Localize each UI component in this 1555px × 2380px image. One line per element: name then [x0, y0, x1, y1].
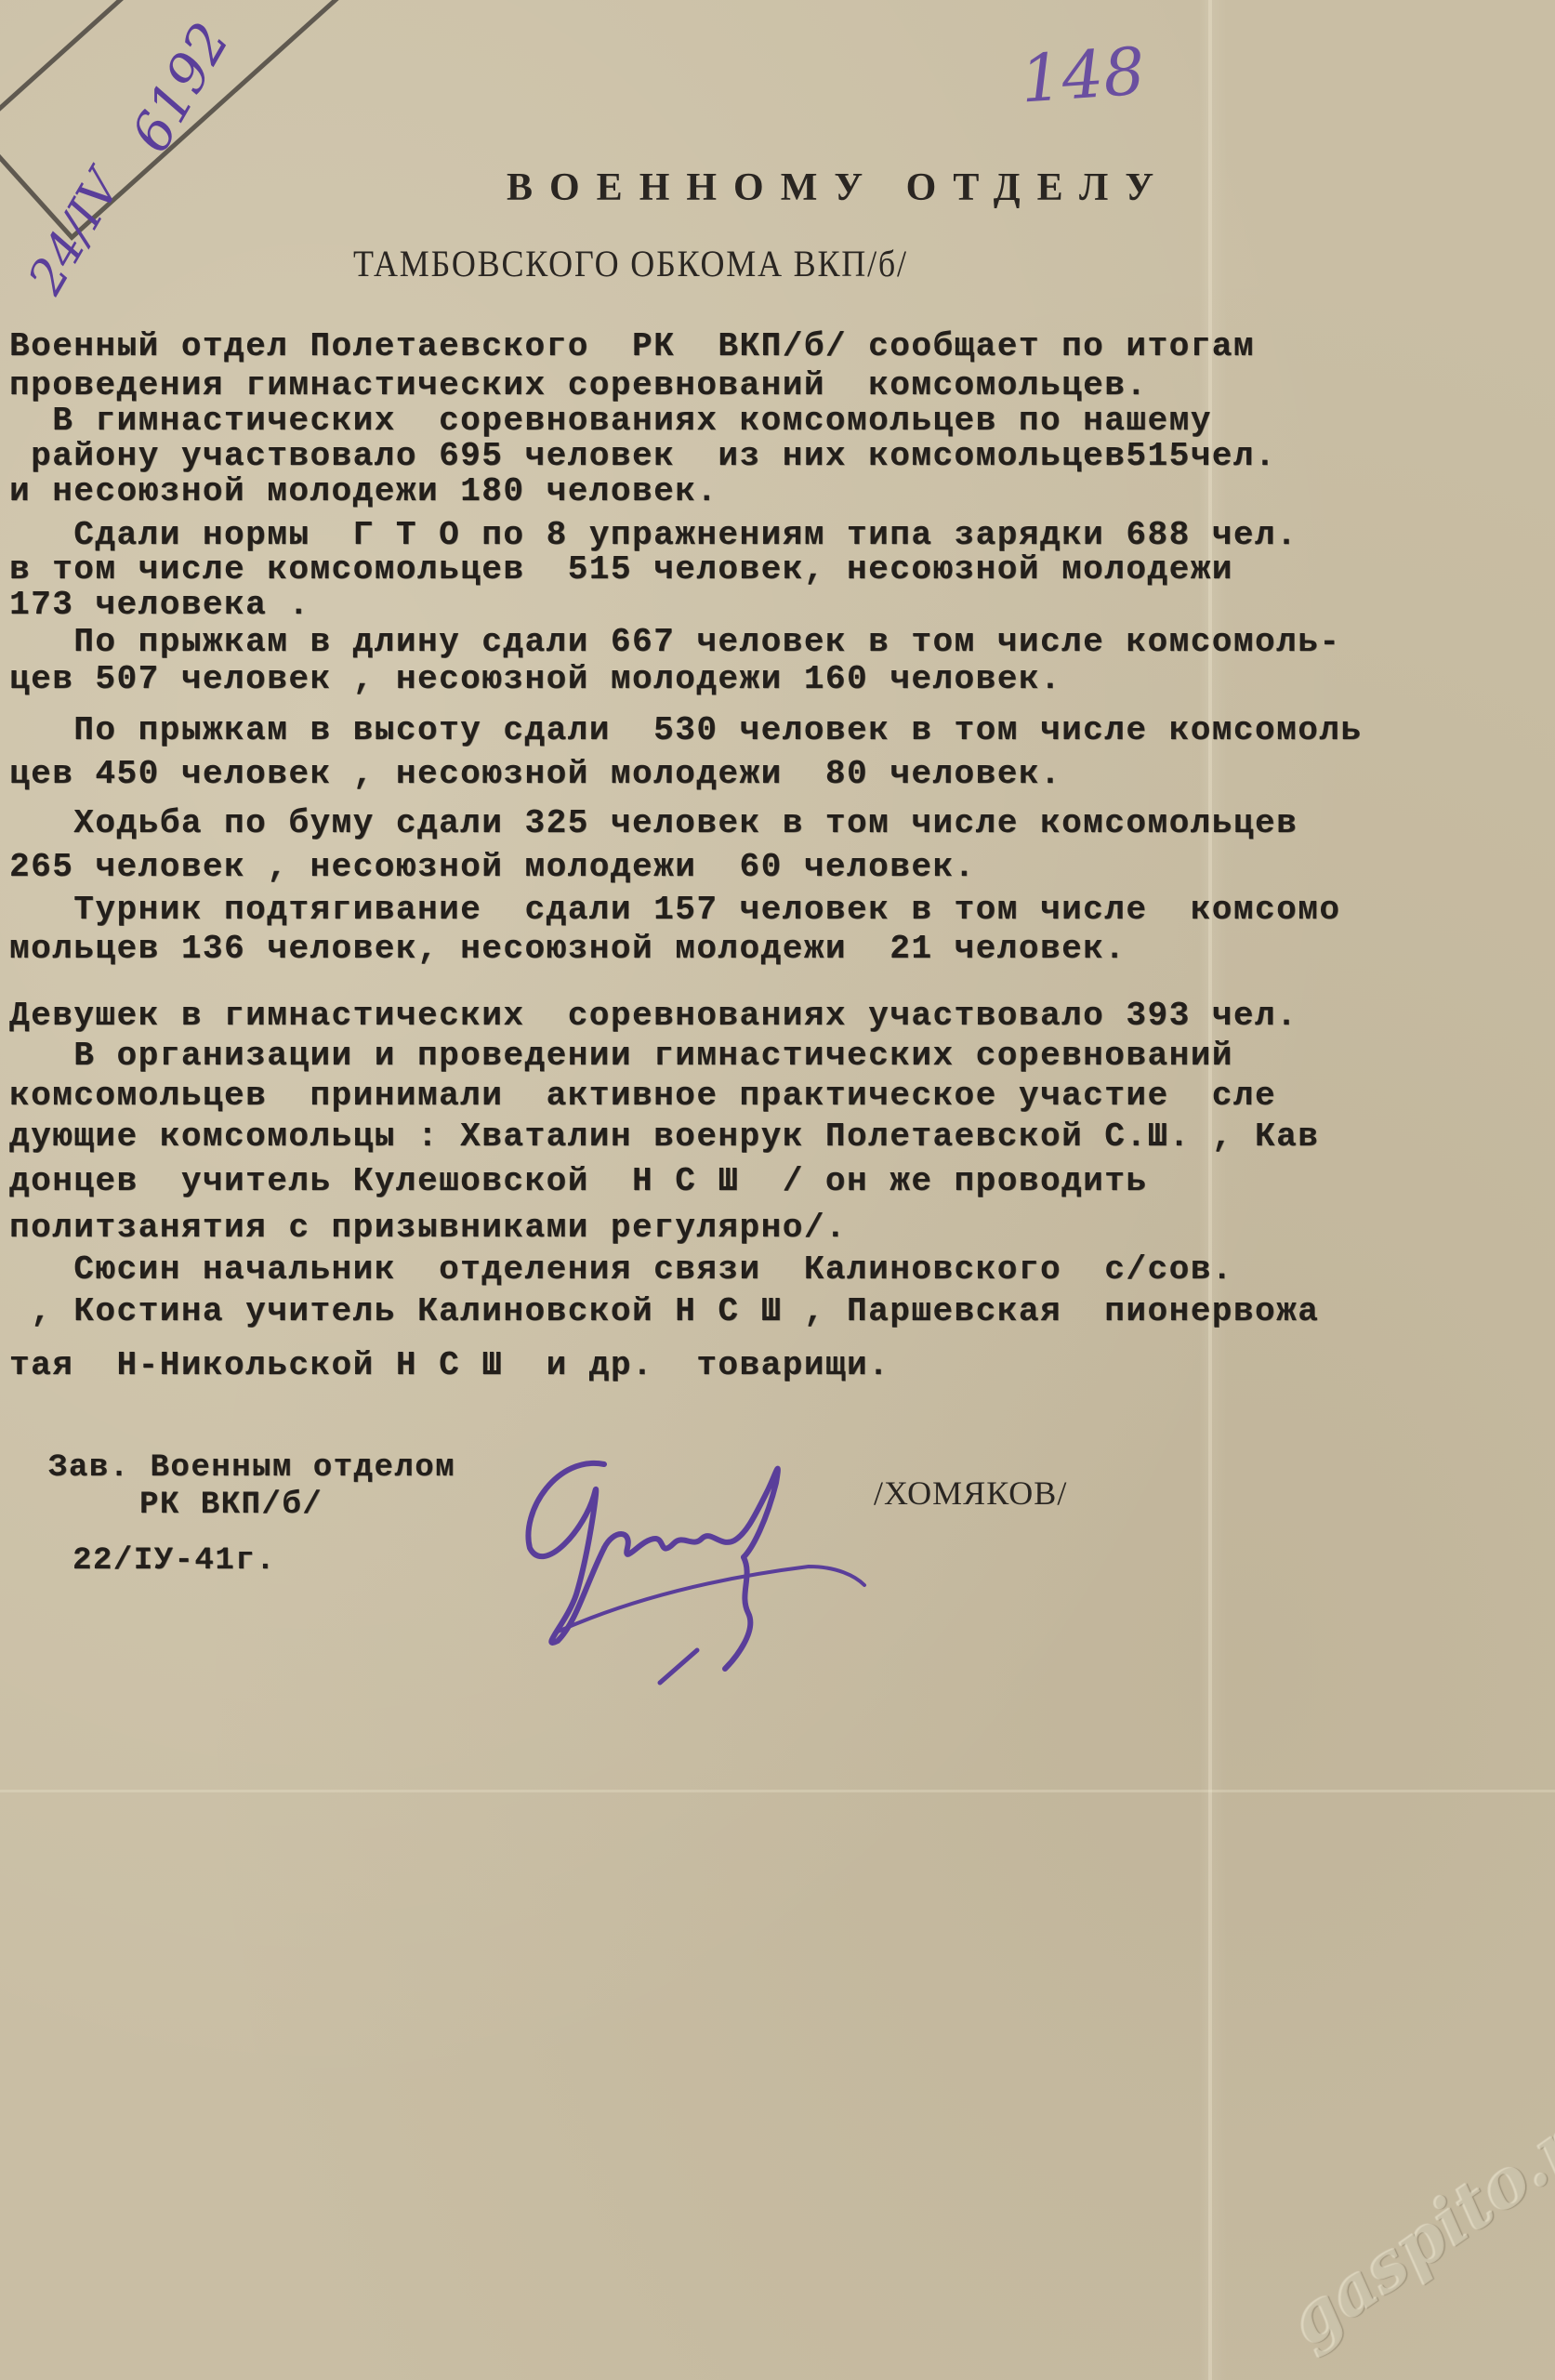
- signatory-organization: РК ВКП/б/: [139, 1487, 323, 1523]
- heading-organization: ТАМБОВСКОГО ОБКОМА ВКП/б/: [353, 242, 908, 285]
- body-line: Сюсин начальник отделения связи Калиновс…: [9, 1250, 1233, 1289]
- body-line: По прыжкам в высоту сдали 530 человек в …: [9, 711, 1363, 749]
- body-line: тая Н-Никольской Н С Ш и др. товарищи.: [9, 1346, 890, 1384]
- body-line: , Костина учитель Калиновской Н С Ш , Па…: [9, 1292, 1319, 1330]
- body-line: проведения гимнастических соревнований к…: [9, 366, 1148, 404]
- body-line: донцев учитель Кулешовской Н С Ш / он же…: [9, 1162, 1148, 1200]
- document-date: 22/IУ-41г.: [72, 1543, 276, 1579]
- body-line: В гимнастических соревнованиях комсомоль…: [9, 402, 1212, 440]
- body-line: цев 450 человек , несоюзной молодежи 80 …: [9, 755, 1061, 793]
- signatory-title: Зав. Военным отделом: [48, 1450, 455, 1486]
- body-line: цев 507 человек , несоюзной молодежи 160…: [9, 660, 1061, 698]
- body-line: Ходьба по буму сдали 325 человек в том ч…: [9, 804, 1298, 842]
- signatory-name: /ХОМЯКОВ/: [874, 1474, 1067, 1513]
- heading-addressee: ВОЕННОМУ ОТДЕЛУ: [507, 165, 1170, 210]
- body-line: Военный отдел Полетаевского РК ВКП/б/ со…: [9, 327, 1255, 365]
- watermark: gaspito.ru: [1273, 2077, 1555, 2360]
- body-line: 173 человека .: [9, 586, 310, 624]
- body-line: в том числе комсомольцев 515 человек, не…: [9, 550, 1233, 588]
- body-line: дующие комсомольцы : Хваталин военрук По…: [9, 1117, 1319, 1156]
- body-line: Сдали нормы Г Т О по 8 упражнениям типа …: [9, 516, 1298, 554]
- body-line: В организации и проведении гимнастически…: [9, 1037, 1233, 1075]
- body-line: мольцев 136 человек, несоюзной молодежи …: [9, 930, 1126, 968]
- body-line: По прыжкам в длину сдали 667 человек в т…: [9, 623, 1340, 661]
- body-line: Турник подтягивание сдали 157 человек в …: [9, 891, 1340, 929]
- page-number-handwritten: 148: [1018, 33, 1147, 117]
- paper-fold-horizontal: [0, 1790, 1555, 1792]
- body-line: 265 человек , несоюзной молодежи 60 чело…: [9, 848, 976, 886]
- body-line: комсомольцев принимали активное практиче…: [9, 1077, 1276, 1115]
- handwritten-signature-icon: [502, 1436, 892, 1687]
- body-line: району участвовало 695 человек из них ко…: [9, 437, 1276, 475]
- body-line: и несоюзной молодежи 180 человек.: [9, 472, 718, 510]
- body-line: политзанятия с призывниками регулярно/.: [9, 1209, 847, 1247]
- body-line: Девушек в гимнастических соревнованиях у…: [9, 997, 1298, 1035]
